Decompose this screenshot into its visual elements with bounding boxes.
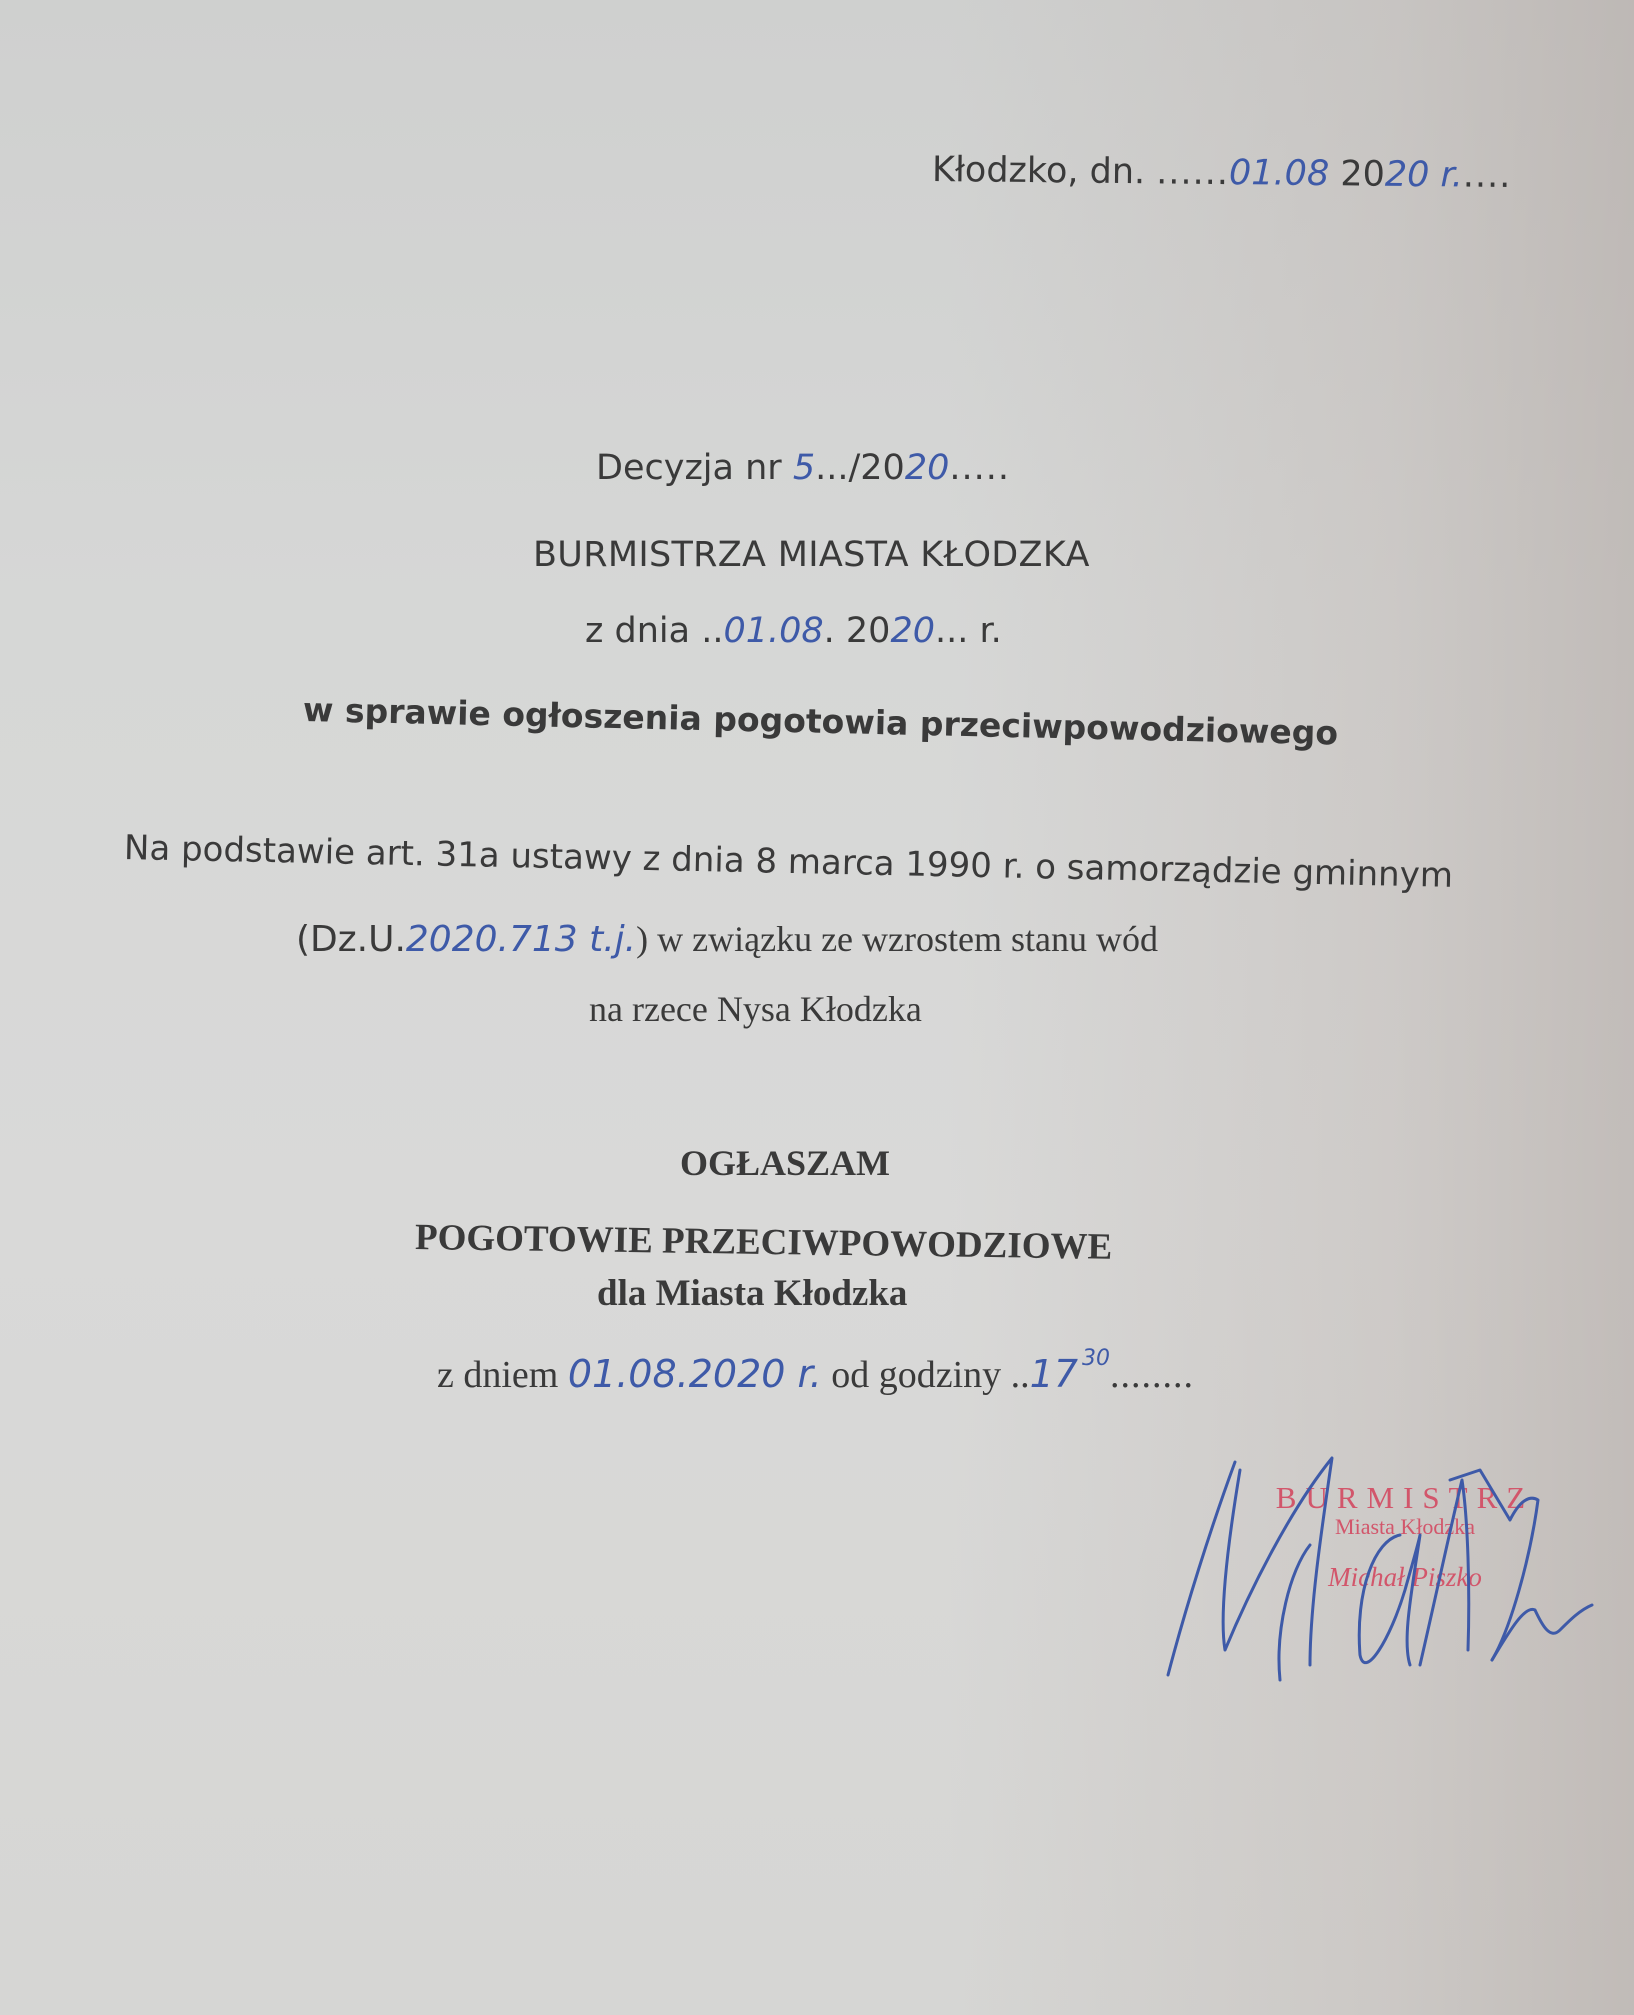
legal-basis-continuation: ) w związku ze wzrostem stanu wód xyxy=(636,919,1158,959)
handwritten-decision-number: 5 xyxy=(793,448,815,488)
decision-label: Decyzja nr xyxy=(596,448,793,488)
legal-basis-line-1: Na podstawie art. 31a ustawy z dnia 8 ma… xyxy=(124,828,1454,896)
year-prefix: 20 xyxy=(1329,154,1385,195)
announcement-verb: OGŁASZAM xyxy=(680,1142,890,1184)
decision-subject: w sprawie ogłoszenia pogotowia przeciwpo… xyxy=(303,690,1339,752)
announcement-scope: dla Miasta Kłodzka xyxy=(597,1272,907,1315)
handwritten-effective-date: 01.08.2020 r. xyxy=(568,1352,822,1396)
announcement-title: POGOTOWIE PRZECIWPOWODZIOWE xyxy=(415,1216,1113,1269)
effective-date-label: z dniem xyxy=(437,1354,568,1396)
handwritten-effective-minutes: 30 xyxy=(1082,1346,1110,1371)
handwritten-journal-reference: 2020.713 t.j. xyxy=(406,919,636,960)
journal-reference-prefix: (Dz.U. xyxy=(296,919,406,960)
handwritten-signature-icon xyxy=(1150,1440,1600,1700)
dots: ...... xyxy=(1156,152,1229,193)
handwritten-year: 20 r. xyxy=(1385,155,1463,196)
decision-separator: .../20 xyxy=(815,448,905,488)
issuing-authority: BURMISTRZA MIASTA KŁODZKA xyxy=(533,535,1090,575)
dots: ........ xyxy=(1110,1354,1194,1396)
announcement-effective-line: z dniem 01.08.2020 r. od godziny ..1730.… xyxy=(437,1346,1194,1397)
handwritten-decision-date: 01.08 xyxy=(723,611,823,651)
handwritten-decision-date-year: 20 xyxy=(890,611,935,651)
effective-hour-label: od godziny .. xyxy=(822,1354,1030,1396)
handwritten-effective-hour: 17 xyxy=(1030,1352,1078,1396)
dots: ..... xyxy=(949,448,1010,488)
decision-number-line: Decyzja nr 5.../2020..... xyxy=(596,448,1010,488)
place-date-line: Kłodzko, dn. ......01.08 2020 r..... xyxy=(932,150,1512,196)
dots: .... xyxy=(1463,156,1512,197)
decision-date-suffix: ... r. xyxy=(935,611,1002,651)
decision-date-label: z dnia .. xyxy=(585,611,723,651)
legal-basis-line-2: (Dz.U.2020.713 t.j.) w związku ze wzrost… xyxy=(296,918,1158,960)
legal-basis-line-3: na rzece Nysa Kłodzka xyxy=(589,988,922,1030)
handwritten-decision-year: 20 xyxy=(905,448,950,488)
document-page: Kłodzko, dn. ......01.08 2020 r..... Dec… xyxy=(0,0,1634,2015)
handwritten-day-month: 01.08 xyxy=(1229,153,1330,194)
decision-date-line: z dnia ..01.08. 2020... r. xyxy=(585,611,1002,651)
place-date-label: Kłodzko, dn. xyxy=(932,150,1157,192)
decision-date-year-prefix: . 20 xyxy=(824,611,891,651)
